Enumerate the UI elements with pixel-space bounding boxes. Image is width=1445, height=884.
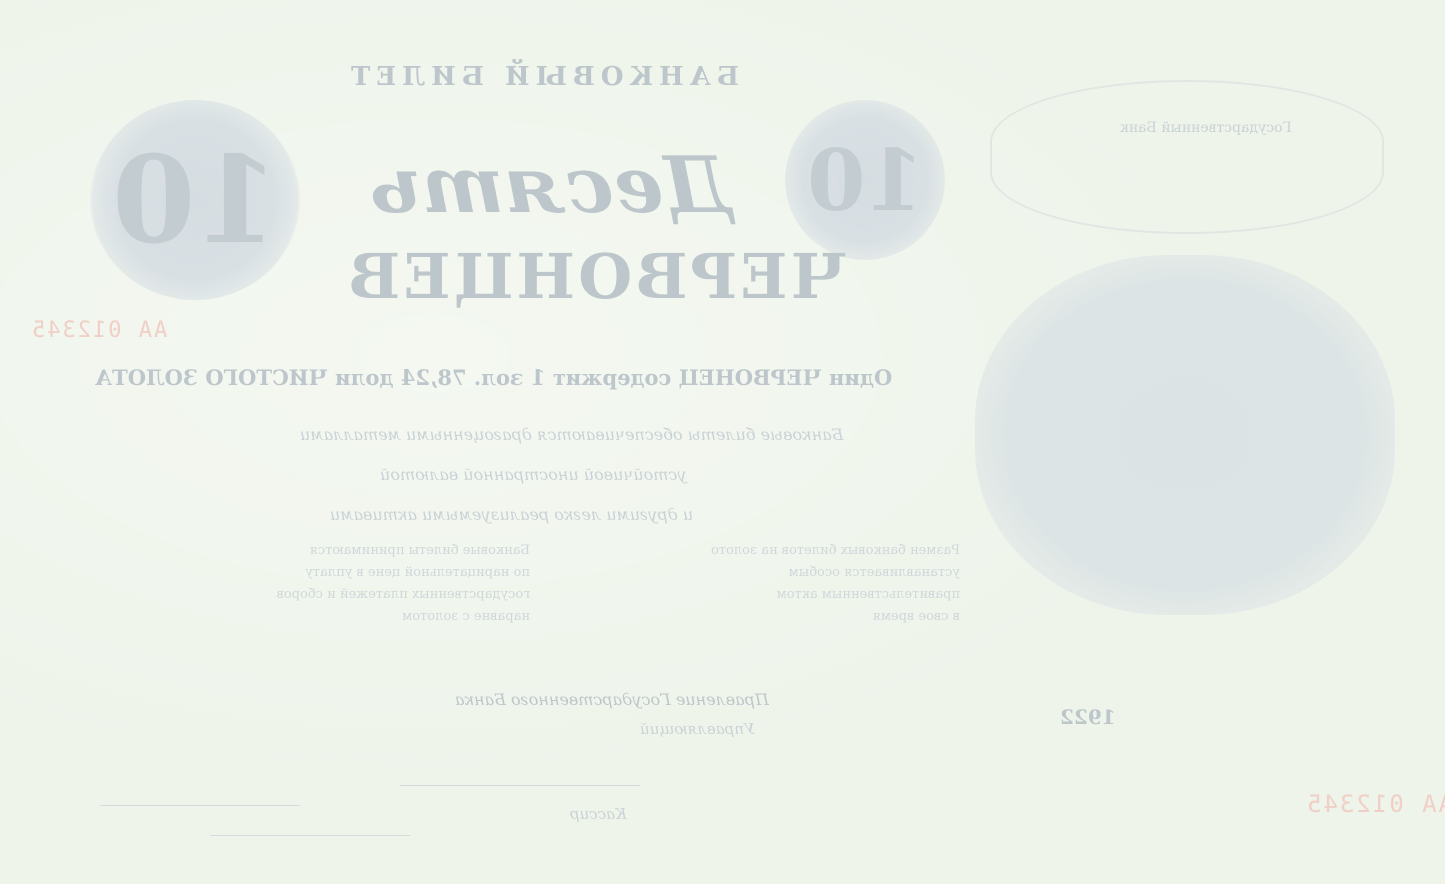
- gold-content-text: Один ЧЕРВОНЕЦ содержит 1 зол. 78,24 доли…: [95, 365, 892, 390]
- text-line-1-text: Банковые билеты обеспечиваются драгоценн…: [300, 425, 844, 444]
- gold-content-line: Один ЧЕРВОНЕЦ содержит 1 зол. 78,24 доли…: [95, 365, 892, 390]
- serial-right: АА 012345: [1305, 790, 1445, 818]
- text-line-2: устойчивой иностранной валютой: [380, 465, 687, 484]
- text-line-3: и другими легко реализуемыми активами: [330, 505, 693, 524]
- currency-word-text: ЧЕРВОНЦЕВ: [345, 240, 847, 313]
- board-text: Правление Государственного Банка: [455, 690, 769, 709]
- serial-left: АА 012345: [30, 318, 167, 343]
- cashier-label-text: Кассир: [570, 805, 627, 823]
- large-rosette: [975, 255, 1395, 615]
- para-right-line: Размен банковых билетов на золото: [540, 540, 960, 562]
- board-line: Правление Государственного Банка: [455, 690, 769, 709]
- para-right-line: устанавливается особым: [540, 562, 960, 584]
- cashier-label: Кассир: [570, 805, 627, 823]
- paragraph-left: Банковые билеты принимаются по нарицател…: [110, 540, 530, 628]
- year: 1922: [1060, 705, 1116, 729]
- signature-line-3: [210, 835, 410, 836]
- denomination-word-text: Десять: [370, 140, 733, 231]
- text-line-1: Банковые билеты обеспечиваются драгоценн…: [300, 425, 844, 444]
- left-numeral: 10: [112, 130, 279, 271]
- paragraph-right: Размен банковых билетов на золото устана…: [540, 540, 960, 628]
- header-mirrored: БАНКОВЫЙ БИЛЕТ: [345, 62, 739, 92]
- para-left-line: по нарицательной цене в уплату: [110, 562, 530, 584]
- denomination-word: Десять: [370, 140, 733, 231]
- signature-line-2: [100, 805, 300, 806]
- banknote-scan: БАНКОВЫЙ БИЛЕТ 10 10 Десять ЧЕРВОНЦЕВ АА…: [0, 0, 1445, 884]
- para-right-line: правительственным актом: [540, 584, 960, 606]
- crest-text-label: Государственный Банк: [1120, 120, 1292, 136]
- middle-rosette: 10: [785, 100, 945, 260]
- currency-word: ЧЕРВОНЦЕВ: [345, 240, 847, 313]
- header-text: БАНКОВЫЙ БИЛЕТ: [345, 62, 739, 92]
- para-left-line: наравне с золотом: [110, 606, 530, 628]
- paragraph-right-mirror: Размен банковых билетов на золото устана…: [540, 540, 960, 628]
- signature-line-1: [400, 785, 640, 786]
- middle-numeral: 10: [807, 131, 924, 230]
- manager-label-text: Управляющий: [640, 720, 755, 738]
- paragraph-left-mirror: Банковые билеты принимаются по нарицател…: [110, 540, 530, 628]
- left-rosette: 10: [90, 100, 300, 300]
- serial-left-text: АА 012345: [30, 318, 167, 343]
- text-line-2-text: устойчивой иностранной валютой: [380, 465, 687, 484]
- para-right-line: в свое время: [540, 606, 960, 628]
- crest-ornament: [990, 80, 1384, 234]
- para-left-line: Банковые билеты принимаются: [110, 540, 530, 562]
- manager-label: Управляющий: [640, 720, 755, 738]
- serial-right-text: АА 012345: [1305, 790, 1445, 818]
- crest-text: Государственный Банк: [1120, 120, 1292, 136]
- text-line-3-text: и другими легко реализуемыми активами: [330, 505, 693, 524]
- para-left-line: государственных платежей и сборов: [110, 584, 530, 606]
- year-text: 1922: [1060, 705, 1116, 729]
